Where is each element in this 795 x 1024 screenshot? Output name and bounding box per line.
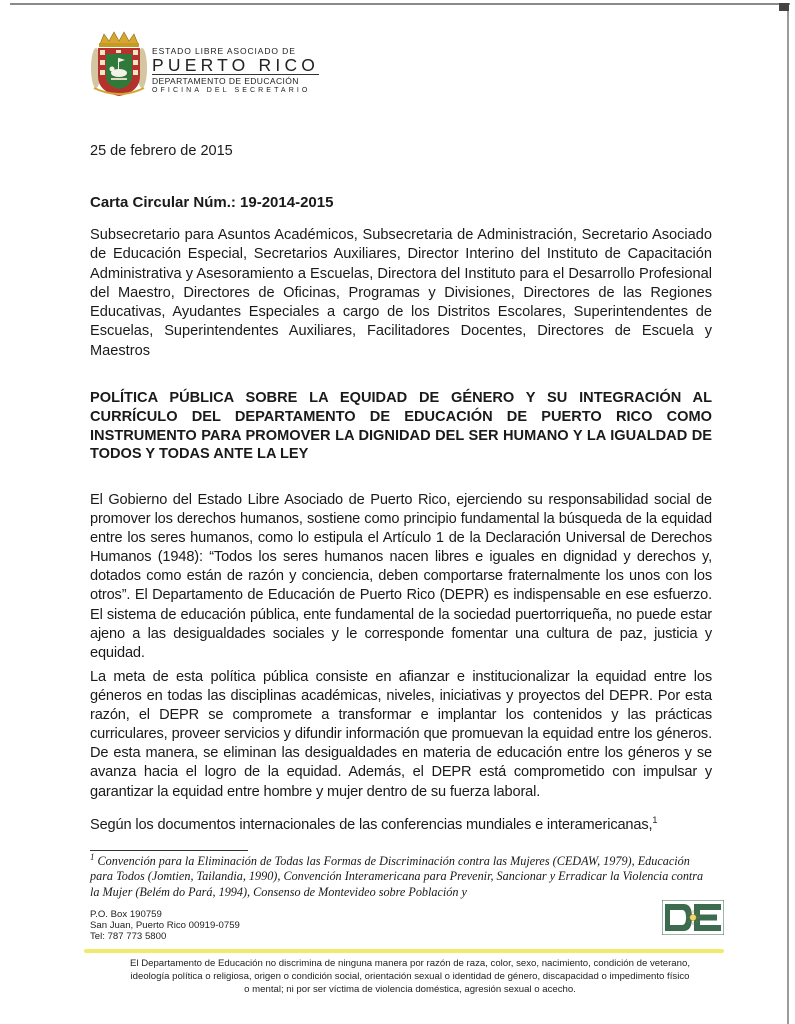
footnote-text: Convención para la Eliminación de Todas … — [90, 854, 703, 899]
letterhead-country: PUERTO RICO — [152, 56, 319, 75]
footer-divider — [84, 949, 724, 953]
letterhead-office: OFICINA DEL SECRETARIO — [152, 86, 319, 95]
paragraph-3: Según los documentos internacionales de … — [90, 816, 712, 835]
disclaimer-line-2: ideología política o religiosa, origen o… — [110, 970, 710, 983]
paragraph-1: El Gobierno del Estado Libre Asociado de… — [90, 491, 712, 663]
paragraph-2: La meta de esta política pública consist… — [90, 668, 712, 802]
circular-number: Carta Circular Núm.: 19-2014-2015 — [90, 194, 333, 211]
nondiscrimination-disclaimer: El Departamento de Educación no discrimi… — [110, 957, 710, 996]
address-phone: Tel: 787 773 5800 — [90, 932, 240, 943]
paragraph-3-text: Según los documentos internacionales de … — [90, 817, 652, 833]
footnote-reference[interactable]: 1 — [652, 815, 657, 825]
de-logo-icon — [662, 900, 724, 935]
scan-border-right — [787, 3, 789, 1024]
scan-corner-mark — [779, 3, 789, 11]
recipients: Subsecretario para Asuntos Académicos, S… — [90, 226, 712, 361]
footer-address: P.O. Box 190759 San Juan, Puerto Rico 00… — [90, 910, 240, 942]
disclaimer-line-1: El Departamento de Educación no discrimi… — [110, 957, 710, 970]
letterhead-state: ESTADO LIBRE ASOCIADO DE — [152, 46, 319, 56]
disclaimer-line-3: o mental; ni por ser víctima de violenci… — [110, 983, 710, 996]
letterhead-department: DEPARTAMENTO DE EDUCACIÓN — [152, 76, 319, 86]
address-city: San Juan, Puerto Rico 00919-0759 — [90, 921, 240, 932]
document-date: 25 de febrero de 2015 — [90, 143, 233, 159]
letterhead: ESTADO LIBRE ASOCIADO DE PUERTO RICO DEP… — [90, 30, 319, 98]
scan-border-top — [10, 3, 790, 5]
policy-title: POLÍTICA PÚBLICA SOBRE LA EQUIDAD DE GÉN… — [90, 389, 712, 464]
coat-of-arms-icon — [90, 30, 148, 98]
footnote-marker: 1 — [90, 852, 95, 862]
footnote: 1 Convención para la Eliminación de Toda… — [90, 854, 710, 900]
footnote-separator — [90, 850, 248, 851]
